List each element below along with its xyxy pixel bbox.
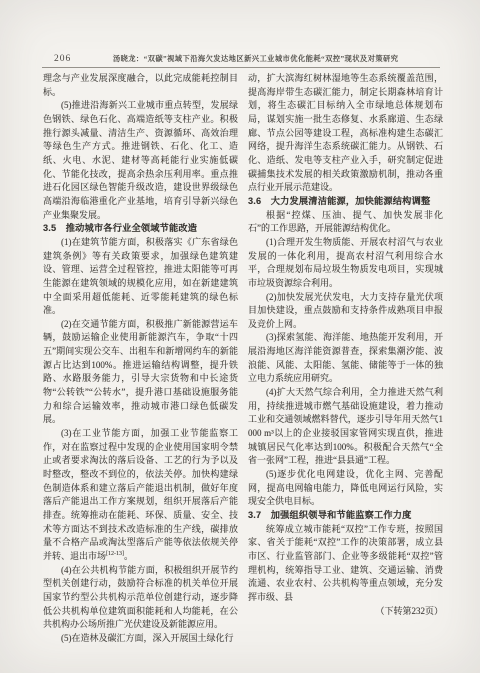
paragraph-hydrogen-ocean: (3)探索氢能、海洋能、地热能开发利用，开展沿海地区海洋能资源普查，探索集潮汐能… [248,331,443,386]
paragraph-solar-pv: (2)加快发展光伏发电，大力支持存量光伏项目加快建设，重点鼓励和支持条件成熟项目… [248,291,443,332]
running-title: 汤晓龙：“双碳”视域下沿海欠发达地区新兴工业城市优化能耗“双控”现状及对策研究 [71,54,440,64]
paragraph-organization: 统筹成立城市能耗“双控”工作专班，按照国家、省关于能耗“双控”工作的决策部署，成… [248,523,443,605]
paragraph-industry-text: (3)在工业节能方面，加强工业节能监察工作，对在监察过程中发现的企业使用国家明令… [43,428,238,561]
paragraph-building-energy: (1)在建筑节能方面，积极落实《广东省绿色建筑条例》等有关政策要求，加强绿色建筑… [43,236,238,318]
paragraph-afforestation-continued: 动，扩大滨海红树林湿地等生态系统覆盖范围，提高海岸带生态碳汇能力，制定长期森林培… [248,72,443,195]
right-column: 动，扩大滨海红树林湿地等生态系统覆盖范围，提高海岸带生态碳汇能力，制定长期森林培… [248,72,443,646]
paragraph-energy-guideline: 根据“控煤、压油、提气、加快发展非化石”的工作思路，开展能源结构优化。 [248,209,443,236]
paragraph-transform: (5)推进沿海新兴工业城市重点转型，发展绿色钢铁、绿色石化、高端造纸等支柱产业。… [43,99,238,222]
section-heading-3-7: 3.7 加强组织领导和节能监察工作力度 [248,509,443,523]
running-header: 206 汤晓龙：“双碳”视域下沿海欠发达地区新兴工业城市优化能耗“双控”现状及对… [42,49,440,68]
page-number: 206 [42,54,71,64]
journal-page: 206 汤晓龙：“双碳”视域下沿海欠发达地区新兴工业城市优化能耗“双控”现状及对… [0,0,480,673]
citation-superscript: [12-13] [106,551,124,557]
section-heading-3-6: 3.6 大力发展清洁能源，加快能源结构调整 [248,195,443,209]
continued-on-page-note: （下转第232页） [248,605,443,619]
paragraph-natural-gas: (4)扩大天然气综合利用，全力推进天然气利用，持续推进城市燃气基础设施建设，着力… [248,386,443,468]
paragraph-afforestation-start: (5)在造林及碳汇方面，深入开展国土绿化行 [43,632,238,646]
paragraph-public-institution: (4)在公共机构节能方面，积极组织开展节约型机关创建行动，鼓励符合标准的机关单位… [43,564,238,632]
paragraph-industry-energy: (3)在工业节能方面，加强工业节能监察工作，对在监察过程中发现的企业使用国家明令… [43,427,238,564]
paragraph-carryover: 理念与产业发展深度融合，以此完成能耗控制目标。 [43,72,238,99]
text-columns: 理念与产业发展深度融合，以此完成能耗控制目标。 (5)推进沿海新兴工业城市重点转… [43,72,442,646]
paragraph-biomass: (1)合理开发生物质能、开展农村沼气与农业发展的一体化利用，提高农村沼气利用综合… [248,236,443,291]
paragraph-industry-period: 。 [124,551,133,561]
paragraph-transport-energy: (2)在交通节能方面，积极推广新能源营运车辆，鼓励运输企业使用新能源汽车，争取“… [43,318,238,427]
section-heading-3-5: 3.5 推动城市各行业全领域节能改造 [43,222,238,236]
paragraph-power-grid: (5)逐步优化电网建设，优化主网、完善配网，提高电网输电能力，降低电网运行风险，… [248,468,443,509]
left-column: 理念与产业发展深度融合，以此完成能耗控制目标。 (5)推进沿海新兴工业城市重点转… [43,72,238,646]
